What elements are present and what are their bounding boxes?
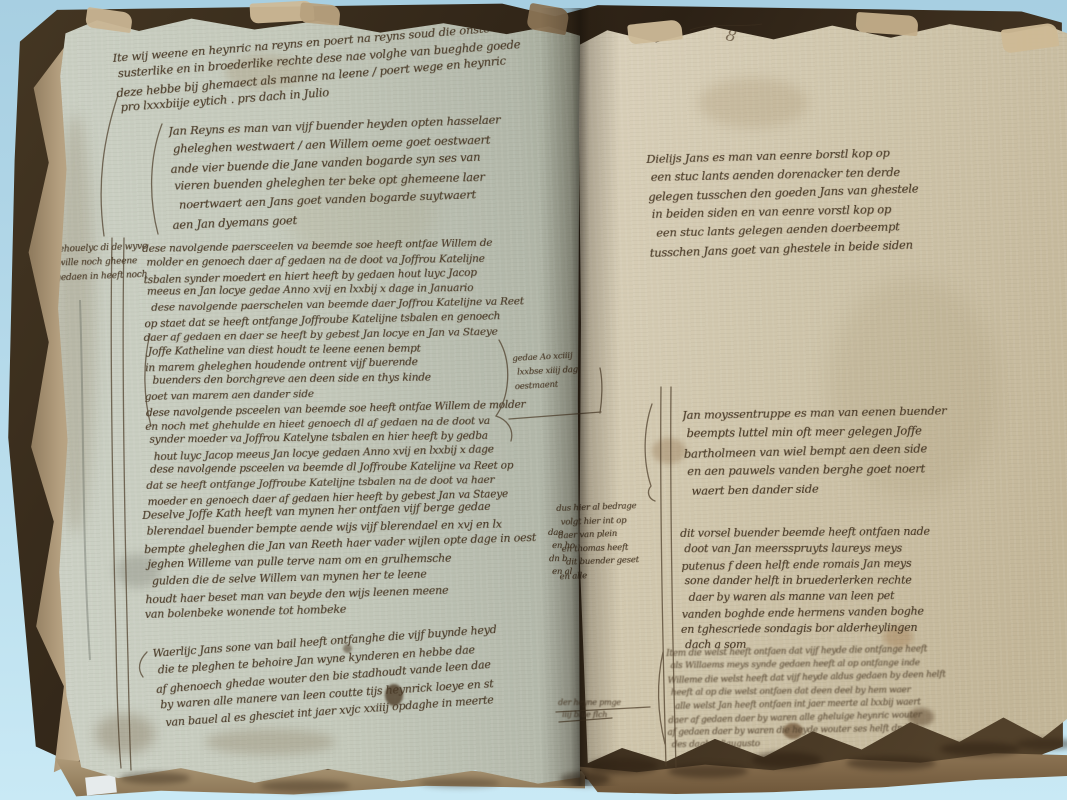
left-page: Ite wij weene en heynric na reyns en poe… — [55, 14, 580, 789]
torn-paper-flap — [855, 12, 918, 36]
decay-edge — [560, 772, 610, 786]
decay-edge — [752, 752, 822, 768]
manuscript-photo: Ite wij weene en heynric na reyns en poe… — [0, 0, 1067, 800]
handwritten-line: iiij blue flch — [562, 709, 648, 721]
right-entry-3: dit vorsel buender beemde heeft ontfaen … — [680, 523, 991, 654]
decay-edge — [1016, 738, 1067, 750]
stain — [698, 78, 808, 128]
right-page: 8 Dielijs Jans es man van eenre borstl k… — [578, 18, 1067, 780]
right-margin-note: dus hier al bedragevolgt hier int opdaer… — [556, 500, 645, 584]
decay-edge — [588, 758, 658, 774]
decay-edge — [120, 772, 190, 784]
decay-edge — [846, 756, 936, 770]
right-entry-1: Dielijs Jans es man van eenre borstl kop… — [646, 141, 979, 261]
left-side-note: gedae Ao xciiijlxxbse xiiij dageoestmaen… — [512, 349, 580, 394]
paper-sliver — [85, 774, 117, 795]
left-entry-4: Waerlijc Jans sone van bail heeft ontfan… — [152, 615, 580, 732]
right-annotation: Item die welst heeft ontfaen dat vijf he… — [666, 642, 1008, 754]
left-entry-3: Deselve Joffe Kath heeft van mynen her o… — [142, 497, 580, 624]
right-margin-annotation: der heyne pmgeiiij blue flch — [558, 697, 648, 721]
stain — [652, 438, 686, 464]
right-entry-2: Jan moyssentruppe es man van eenen buend… — [682, 401, 984, 501]
stain — [205, 729, 335, 755]
decay-edge — [420, 778, 500, 788]
handwritten-line: en aen pauwels vanden berghe goet noert — [687, 459, 983, 481]
decay-edge — [668, 764, 748, 778]
torn-paper-flap — [299, 2, 341, 25]
handwritten-line: der heyne pmge — [558, 697, 648, 709]
handwritten-line: sone dander helft in bruederlerken recht… — [684, 572, 990, 589]
left-entry-1: Jan Reyns es man van vijf buender heyden… — [168, 108, 572, 233]
stain — [95, 714, 155, 754]
handwritten-line: dit vorsel buender beemde heeft ontfaen … — [680, 523, 990, 542]
decay-edge — [940, 742, 1020, 756]
handwritten-line: en thomas heeft — [561, 541, 643, 557]
decay-edge — [260, 780, 350, 792]
